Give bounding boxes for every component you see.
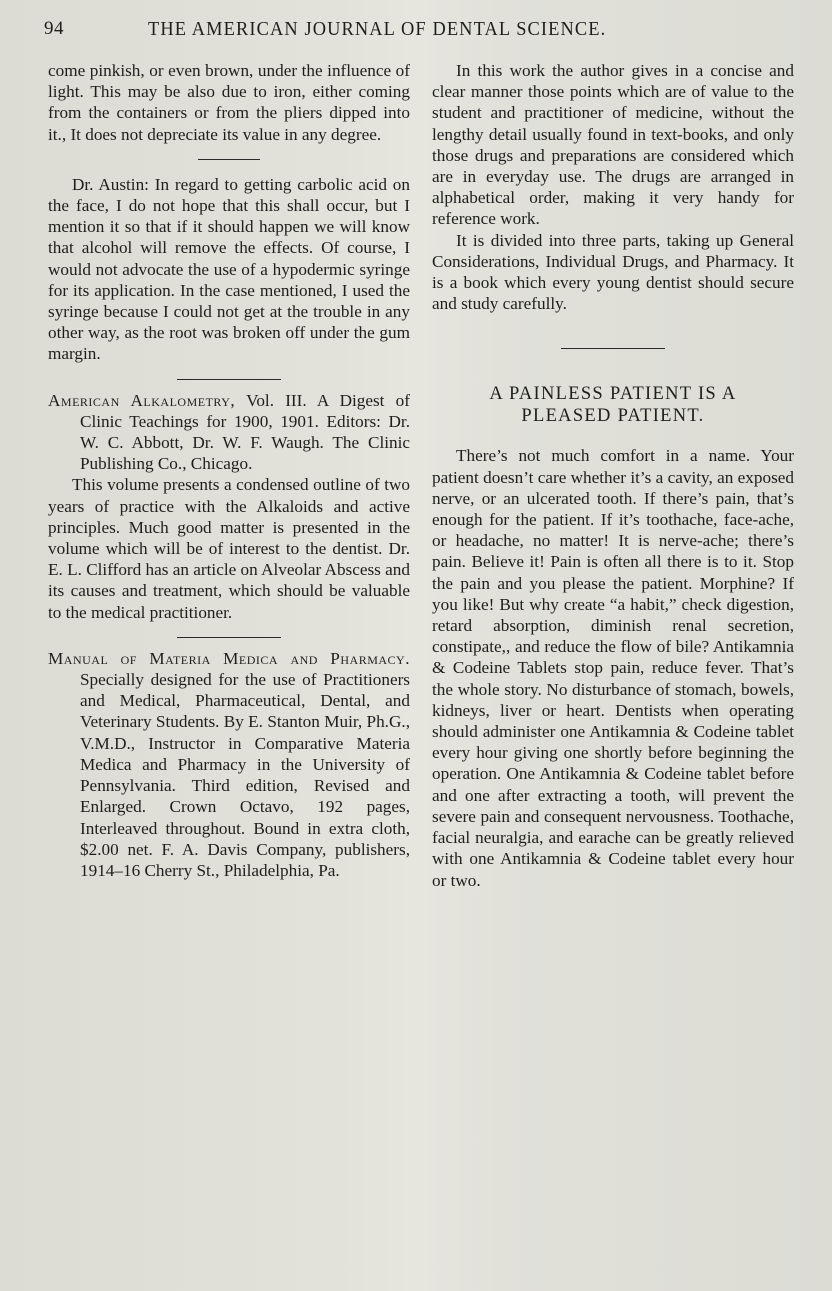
article-body: There’s not much comfort in a name. Your… <box>432 445 794 890</box>
review-body-materia-medica: In this work the author gives in a conci… <box>432 60 794 230</box>
separator-rule <box>561 348 665 349</box>
separator-rule <box>177 379 281 380</box>
review-title: American Alkalometry, <box>48 391 235 410</box>
review-body-alkalometry: This volume presents a condensed outline… <box>48 474 410 622</box>
review-body-materia-medica-2: It is divided into three parts, taking u… <box>432 230 794 315</box>
running-head: 94 THE AMERICAN JOURNAL OF DENTAL SCIENC… <box>0 18 832 48</box>
paragraph-dr-austin: Dr. Austin: In regard to getting carboli… <box>48 174 410 365</box>
review-citation-alkalometry: American Alkalometry, Vol. III. A Digest… <box>48 390 410 475</box>
article-heading: A PAINLESS PATIENT IS A PLEASED PATIENT. <box>432 383 794 427</box>
separator-rule <box>177 637 281 638</box>
review-citation-materia-medica: Manual of Materia Medica and Pharmacy. S… <box>48 648 410 881</box>
page-number: 94 <box>44 18 64 40</box>
separator-rule <box>198 159 260 160</box>
paragraph-continued: come pinkish, or even brown, under the i… <box>48 60 410 145</box>
speaker-name: Dr. Austin: <box>72 175 149 194</box>
journal-title: THE AMERICAN JOURNAL OF DENTAL SCIENCE. <box>148 18 606 41</box>
right-column: In this work the author gives in a conci… <box>432 60 794 891</box>
review-title: Manual of Materia Medica and Pharmacy. <box>48 649 410 668</box>
left-column: come pinkish, or even brown, under the i… <box>48 60 410 881</box>
